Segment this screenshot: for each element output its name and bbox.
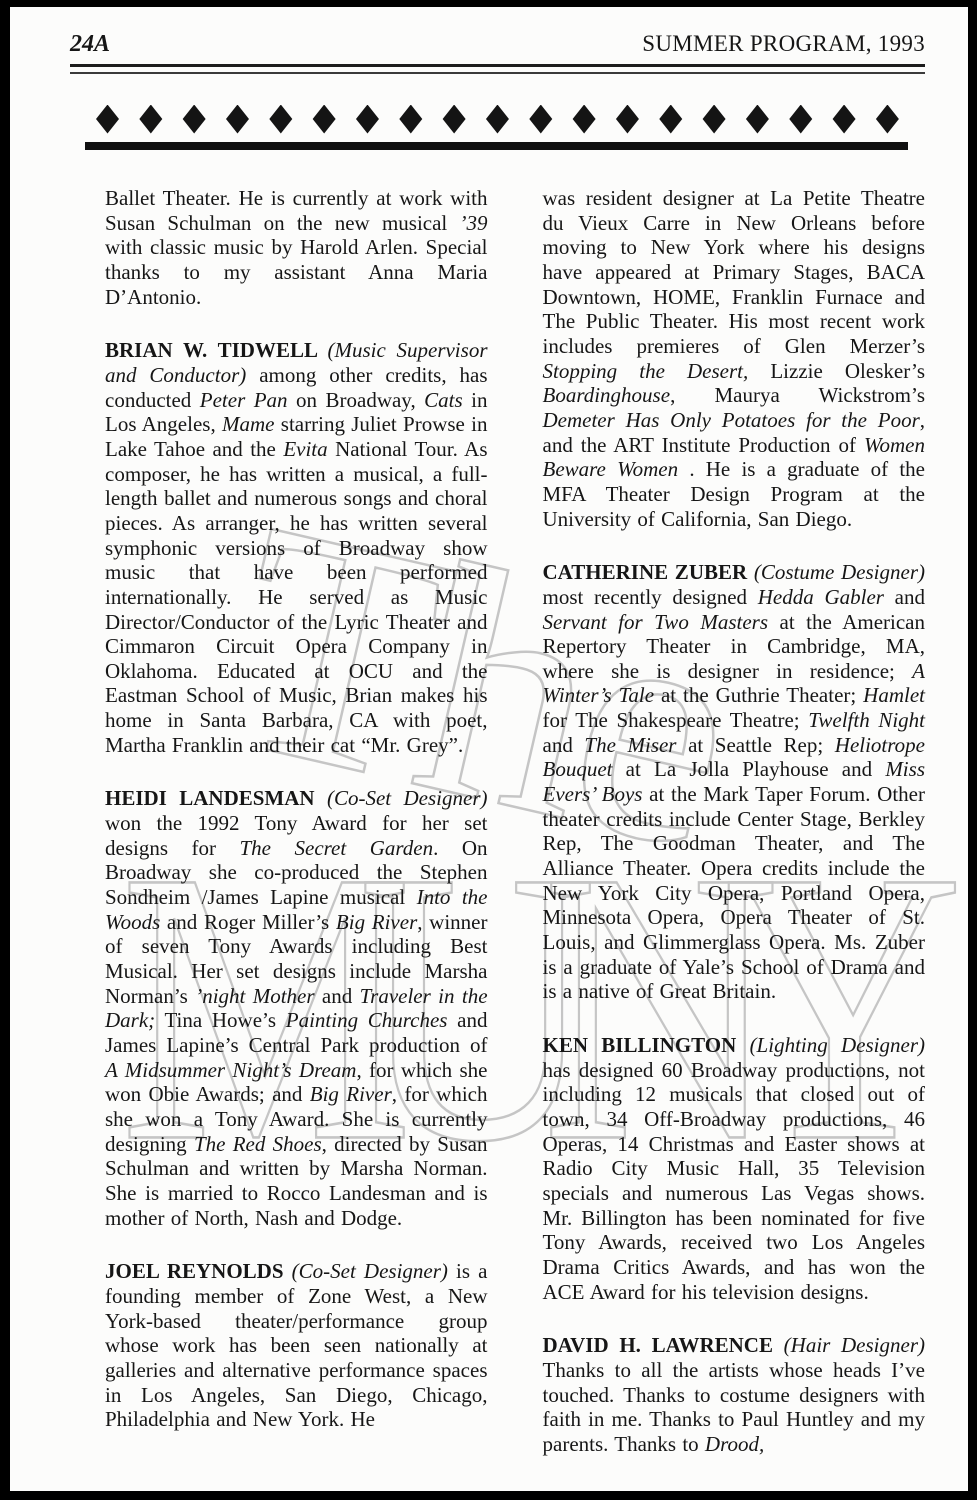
italic-text: Evita xyxy=(283,437,327,461)
diamond-icon xyxy=(485,105,510,134)
bio-paragraph: was resident designer at La Petite Theat… xyxy=(543,186,926,531)
italic-text: (Co-Set Designer) xyxy=(292,1259,448,1283)
left-column: Ballet Theater. He is currently at work … xyxy=(105,186,488,1457)
bio-paragraph: JOEL REYNOLDS (Co-Set Designer) is a fou… xyxy=(105,1259,488,1432)
diamond-icon xyxy=(138,105,163,134)
body-text: has designed 60 Broadway productions, no… xyxy=(543,1058,926,1304)
body-text: at the Mark Taper Forum. Other theater c… xyxy=(543,782,926,1003)
body-text: is a founding member of Zone West, a New… xyxy=(105,1259,488,1431)
header-rule-bottom xyxy=(70,72,925,74)
body-text: Tina Howe’s xyxy=(155,1008,286,1032)
italic-text: The Secret Garden xyxy=(240,836,434,860)
body-text: and xyxy=(543,733,585,757)
italic-text: Peter Pan xyxy=(200,388,288,412)
diamond-icon xyxy=(615,105,640,134)
body-text: at the Guthrie Theater; xyxy=(654,683,863,707)
diamond-icon xyxy=(745,105,770,134)
thick-divider-bar xyxy=(85,142,908,150)
body-text: at Seattle Rep; xyxy=(676,733,834,757)
diamond-icon xyxy=(225,105,250,134)
italic-text: (Costume Designer) xyxy=(754,560,925,584)
body-text: on Broadway, xyxy=(288,388,425,412)
diamond-icon xyxy=(398,105,423,134)
italic-text: Cats xyxy=(424,388,463,412)
page-header: 24A SUMMER PROGRAM, 1993 xyxy=(70,31,925,57)
bio-columns: Ballet Theater. He is currently at work … xyxy=(105,186,925,1457)
bio-name: BRIAN W. TIDWELL xyxy=(105,338,328,362)
page-number: 24A xyxy=(70,31,110,57)
italic-text: (Lighting Designer) xyxy=(750,1033,925,1057)
program-page: The MUNY 24A SUMMER PROGRAM, 1993 Ballet… xyxy=(10,7,968,1491)
bio-paragraph: KEN BILLINGTON (Lighting Designer) has d… xyxy=(543,1033,926,1304)
italic-text: The Miser xyxy=(584,733,676,757)
italic-text: Big River xyxy=(336,910,417,934)
italic-text: Drood, xyxy=(705,1432,764,1456)
italic-text: Painting Churches xyxy=(286,1008,448,1032)
bio-paragraph: BRIAN W. TIDWELL (Music Supervisor and C… xyxy=(105,338,488,757)
italic-text: Hedda Gabler xyxy=(758,585,884,609)
italic-text: Big River xyxy=(310,1082,392,1106)
bio-paragraph: DAVID H. LAWRENCE (Hair Designer) Thanks… xyxy=(543,1333,926,1456)
body-text: Lizzie Olesker’s xyxy=(748,359,925,383)
italic-text: (Co-Set Designer) xyxy=(327,786,488,810)
diamond-icon xyxy=(572,105,597,134)
header-rule-top xyxy=(70,64,925,67)
italic-text: A Midsummer Night’s Dream xyxy=(105,1058,356,1082)
body-text: for The Shakespeare Theatre; xyxy=(543,708,809,732)
bio-paragraph: Ballet Theater. He is currently at work … xyxy=(105,186,488,309)
italic-text: Stopping the Desert, xyxy=(543,359,749,383)
diamond-icon xyxy=(875,105,900,134)
bio-name: HEIDI LANDESMAN xyxy=(105,786,327,810)
diamond-icon xyxy=(442,105,467,134)
bio-name: KEN BILLINGTON xyxy=(543,1033,750,1057)
italic-text: Mame xyxy=(222,412,274,436)
page-title: SUMMER PROGRAM, 1993 xyxy=(642,31,925,57)
diamond-icon xyxy=(95,105,120,134)
diamond-divider xyxy=(95,104,900,134)
italic-text: The Red Shoes xyxy=(194,1132,322,1156)
italic-text: ’39 xyxy=(460,211,488,235)
bio-name: DAVID H. LAWRENCE xyxy=(543,1333,784,1357)
bio-paragraph: CATHERINE ZUBER (Costume Designer) most … xyxy=(543,560,926,1004)
diamond-icon xyxy=(312,105,337,134)
scanned-page: The MUNY 24A SUMMER PROGRAM, 1993 Ballet… xyxy=(0,0,977,1500)
diamond-icon xyxy=(182,105,207,134)
bio-name: JOEL REYNOLDS xyxy=(105,1259,292,1283)
body-text: National Tour. As composer, he has writt… xyxy=(105,437,488,757)
body-text: Ballet Theater. He is currently at work … xyxy=(105,186,488,235)
diamond-icon xyxy=(832,105,857,134)
body-text: with classic music by Harold Arlen. Spec… xyxy=(105,235,488,308)
body-text: and xyxy=(884,585,925,609)
diamond-icon xyxy=(788,105,813,134)
diamond-icon xyxy=(268,105,293,134)
italic-text: Servant for Two Masters xyxy=(543,610,769,634)
diamond-icon xyxy=(702,105,727,134)
italic-text: Twelfth Night xyxy=(808,708,925,732)
body-text: was resident designer at La Petite Theat… xyxy=(543,186,926,358)
italic-text: Boardinghouse xyxy=(543,383,671,407)
body-text: and xyxy=(315,984,360,1008)
italic-text: ’night Mother xyxy=(195,984,314,1008)
body-text: and Roger Miller’s xyxy=(160,910,336,934)
body-text: most recently designed xyxy=(543,585,758,609)
body-text: , Maurya Wickstrom’s xyxy=(670,383,925,407)
body-text: at La Jolla Playhouse and xyxy=(612,757,885,781)
italic-text: Hamlet xyxy=(863,683,925,707)
italic-text: (Hair Designer) xyxy=(784,1333,925,1357)
bio-name: CATHERINE ZUBER xyxy=(543,560,754,584)
right-column: was resident designer at La Petite Theat… xyxy=(543,186,926,1457)
bio-paragraph: HEIDI LANDESMAN (Co-Set Designer) won th… xyxy=(105,786,488,1230)
italic-text: Demeter Has Only Potatoes for the Poor xyxy=(543,408,920,432)
diamond-icon xyxy=(658,105,683,134)
diamond-icon xyxy=(528,105,553,134)
diamond-icon xyxy=(355,105,380,134)
